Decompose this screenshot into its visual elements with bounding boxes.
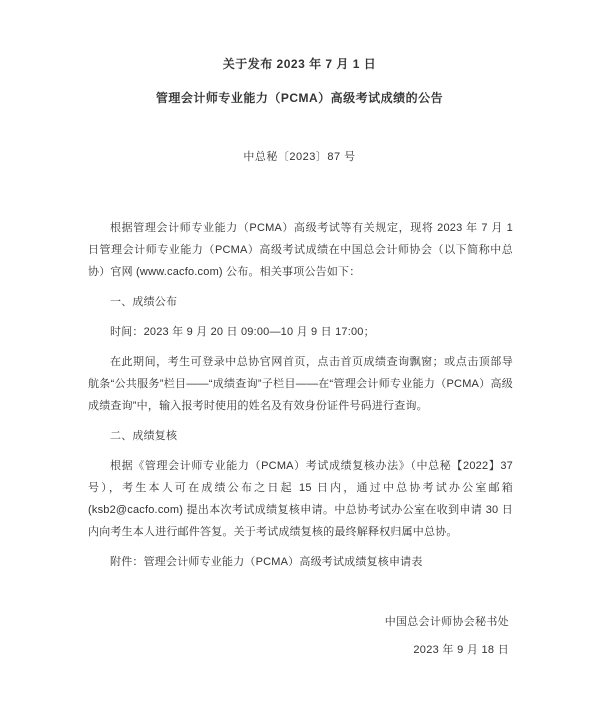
paragraph: 根据管理会计师专业能力（PCMA）高级考试等有关规定，现将 2023 年 7 月… [88, 217, 513, 283]
signature-org: 中国总会计师协会秘书处 [0, 611, 599, 633]
paragraph: 根据《管理会计师专业能力（PCMA）考试成绩复核办法》（中总秘【2022】37 … [88, 455, 513, 543]
section-heading: 二、成绩复核 [88, 425, 513, 447]
document-number: 中总秘〔2023〕87 号 [0, 151, 599, 164]
signature-date: 2023 年 9 月 18 日 [0, 639, 599, 661]
paragraph: 时间：2023 年 9 月 20 日 09:00—10 月 9 日 17:00； [88, 321, 513, 343]
document-title-line2: 管理会计师专业能力（PCMA）高级考试成绩的公告 [0, 91, 599, 105]
document-title-line1: 关于发布 2023 年 7 月 1 日 [0, 57, 599, 71]
paragraph: 附件：管理会计师专业能力（PCMA）高级考试成绩复核申请表 [88, 551, 513, 573]
title-block: 关于发布 2023 年 7 月 1 日 管理会计师专业能力（PCMA）高级考试成… [0, 0, 599, 105]
document-page: 关于发布 2023 年 7 月 1 日 管理会计师专业能力（PCMA）高级考试成… [0, 0, 599, 720]
paragraph: 在此期间，考生可登录中总协官网首页，点击首页成绩查询飘窗；或点击顶部导航条“公共… [88, 351, 513, 417]
document-body: 根据管理会计师专业能力（PCMA）高级考试等有关规定，现将 2023 年 7 月… [88, 217, 513, 573]
section-heading: 一、成绩公布 [88, 291, 513, 313]
